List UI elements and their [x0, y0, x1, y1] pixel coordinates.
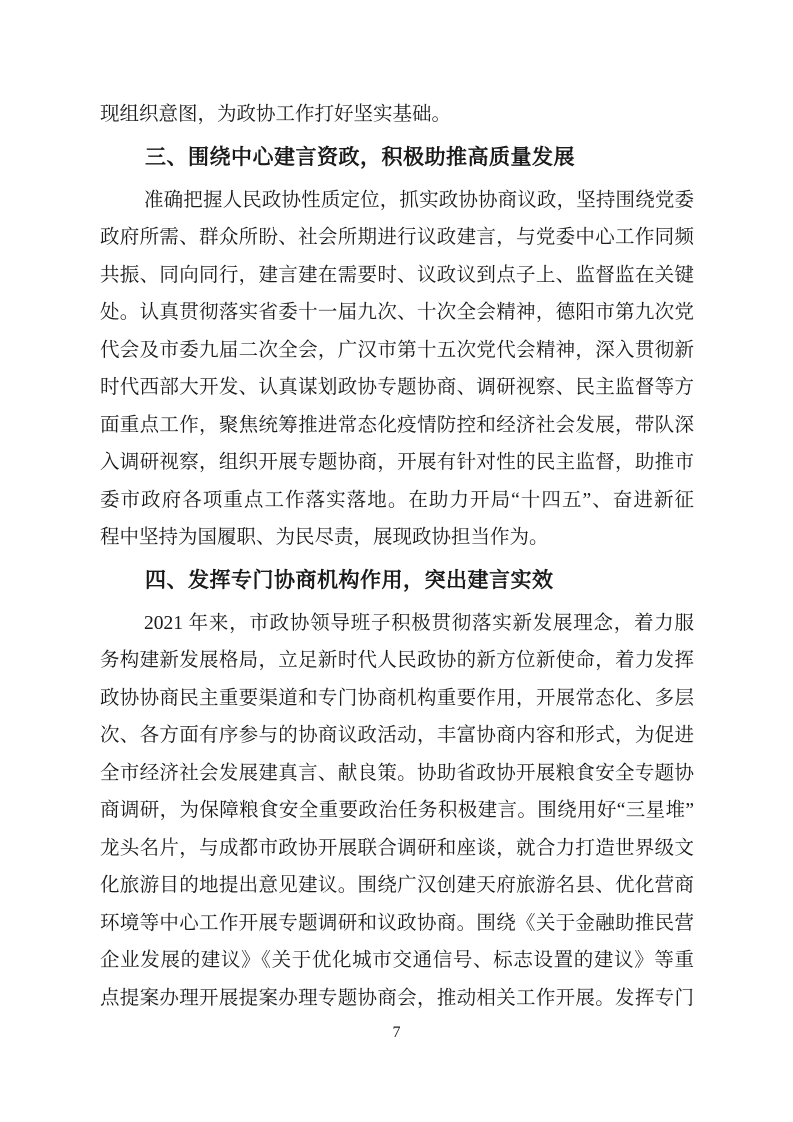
body-text-line: 委市政府各项重点工作落实落地。在助力开局“十四五”、奋进新征: [100, 482, 694, 520]
body-text-line: 政府所需、群众所盼、社会所期进行议政建言，与党委中心工作同频: [100, 219, 694, 257]
body-text-line: 龙头名片，与成都市政协开展联合调研和座谈，就合力打造世界级文: [100, 830, 694, 868]
body-text-line: 商调研，为保障粮食安全重要政治任务积极建言。围绕用好“三星堆”: [100, 792, 694, 830]
document-page: 现组织意图，为政协工作打好坚实基础。 三、围绕中心建言资政，积极助推高质量发展 …: [0, 0, 793, 1122]
body-text-line: 共振、同向同行，建言建在需要时、议政议到点子上、监督监在关键: [100, 257, 694, 295]
body-text-line: 点提案办理开展提案办理专题协商会，推动相关工作开展。发挥专门: [100, 980, 694, 1018]
body-text-line: 处。认真贯彻落实省委十一届九次、十次全会精神，德阳市第九次党: [100, 294, 694, 332]
body-text-line: 入调研视察，组织开展专题协商，开展有针对性的民主监督，助推市: [100, 444, 694, 482]
section-heading-three: 三、围绕中心建言资政，积极助推高质量发展: [100, 134, 694, 182]
body-text-line: 全市经济社会发展建真言、献良策。协助省政协开展粮食安全专题协: [100, 755, 694, 793]
body-text-line: 政协协商民主重要渠道和专门协商机构重要作用，开展常态化、多层: [100, 680, 694, 718]
body-text-line: 代会及市委九届二次全会，广汉市第十五次党代会精神，深入贯彻新: [100, 332, 694, 370]
body-text-line: 2021 年来，市政协领导班子积极贯彻落实新发展理念，着力服: [100, 605, 694, 643]
page-number: 7: [0, 1022, 793, 1044]
body-text-line: 环境等中心工作开展专题调研和议政协商。围绕《关于金融助推民营: [100, 905, 694, 943]
body-text-line: 现组织意图，为政协工作打好坚实基础。: [100, 96, 694, 134]
body-text-line: 面重点工作，聚焦统筹推进常态化疫情防控和经济社会发展，带队深: [100, 407, 694, 445]
document-content: 现组织意图，为政协工作打好坚实基础。 三、围绕中心建言资政，积极助推高质量发展 …: [100, 96, 694, 1017]
body-text-line: 时代西部大开发、认真谋划政协专题协商、调研视察、民主监督等方: [100, 369, 694, 407]
body-text-line: 化旅游目的地提出意见建议。围绕广汉创建天府旅游名县、优化营商: [100, 867, 694, 905]
body-text-line: 企业发展的建议》《关于优化城市交通信号、标志设置的建议》等重: [100, 942, 694, 980]
body-text-line: 准确把握人民政协性质定位，抓实政协协商议政，坚持围绕党委: [100, 182, 694, 220]
body-text-line: 程中坚持为国履职、为民尽责，展现政协担当作为。: [100, 519, 694, 557]
body-text-line: 次、各方面有序参与的协商议政活动，丰富协商内容和形式，为促进: [100, 717, 694, 755]
section-heading-four: 四、发挥专门协商机构作用，突出建言实效: [100, 557, 694, 605]
body-text-line: 务构建新发展格局，立足新时代人民政协的新方位新使命，着力发挥: [100, 642, 694, 680]
